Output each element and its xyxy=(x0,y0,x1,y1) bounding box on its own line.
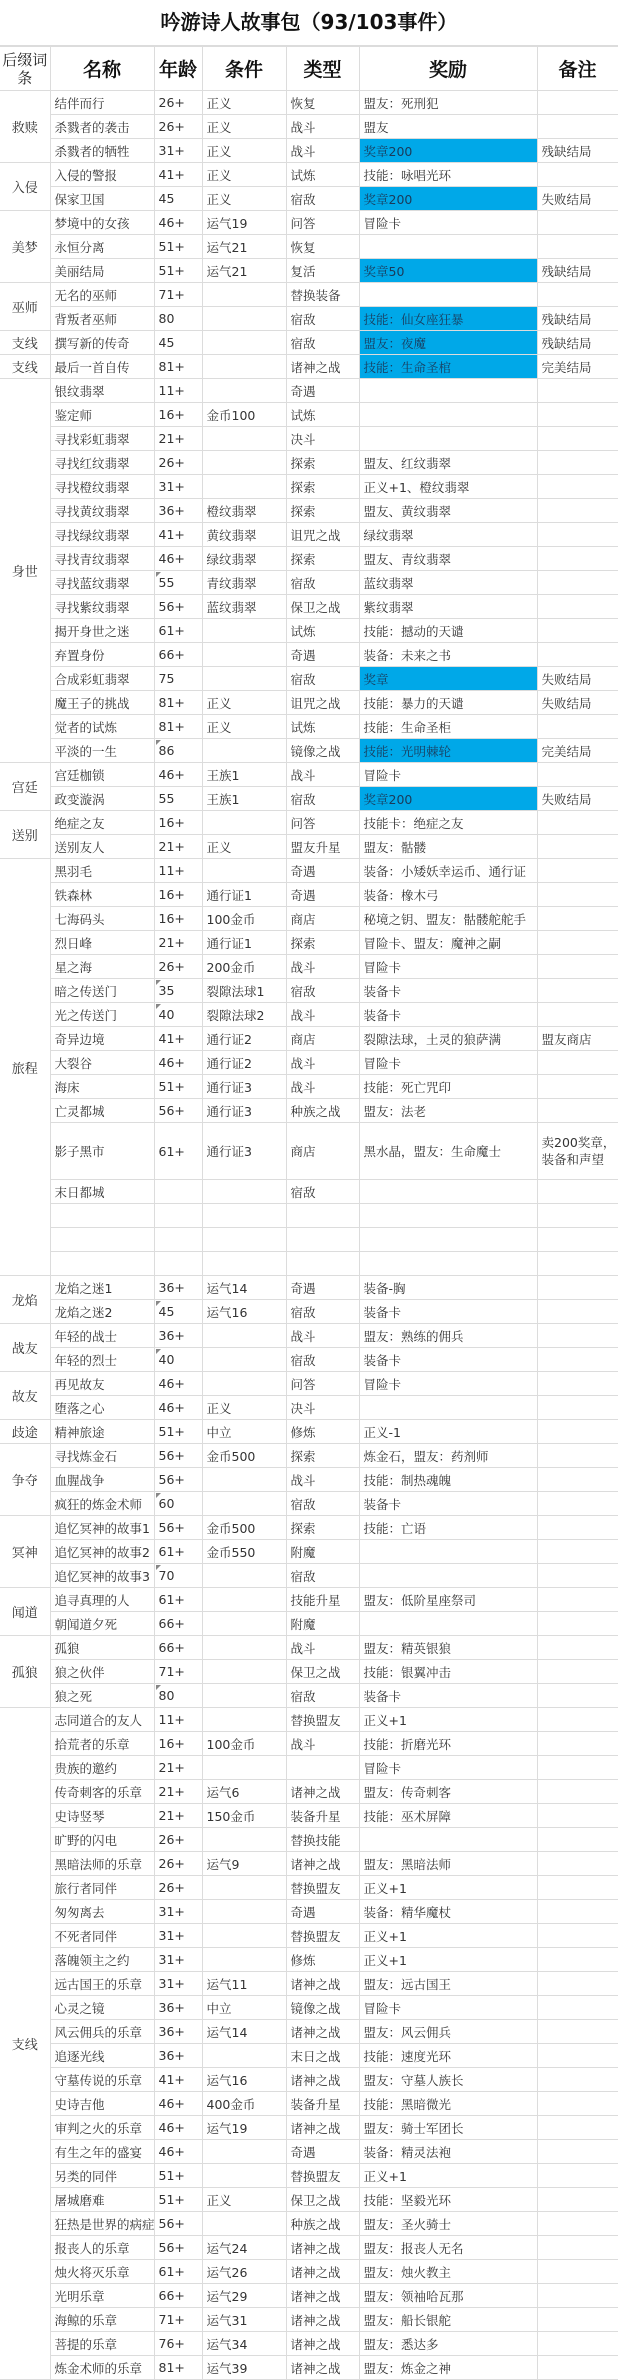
event-type-text: 恢复 xyxy=(291,240,316,255)
event-condition-text: 通行证2 xyxy=(207,1032,252,1047)
event-reward xyxy=(359,403,537,427)
event-reward-text: 技能：坚毅光环 xyxy=(364,2193,452,2208)
event-reward: 装备-胸 xyxy=(359,1276,537,1300)
event-name: 弃置身份 xyxy=(50,643,154,667)
event-age-text: 31+ xyxy=(159,479,185,494)
event-condition-text: 橙纹翡翠 xyxy=(207,504,257,519)
event-note xyxy=(537,2068,618,2092)
event-reward-text: 盟友：传奇刺客 xyxy=(364,1785,452,1800)
event-age: 66+ xyxy=(154,2284,202,2308)
group-label: 歧途 xyxy=(0,1420,50,1444)
event-name: 寻找橙纹翡翠 xyxy=(50,475,154,499)
group-label: 孤狼 xyxy=(0,1636,50,1708)
event-condition-text: 通行证3 xyxy=(207,1144,252,1159)
event-name: 星之海 xyxy=(50,955,154,979)
event-age-text: 31+ xyxy=(159,1976,185,1991)
event-type xyxy=(286,1756,359,1780)
event-name: 亡灵都城 xyxy=(50,1099,154,1123)
event-name: 铁森林 xyxy=(50,883,154,907)
event-age-text: 46+ xyxy=(159,551,185,566)
event-name-text: 光之传送门 xyxy=(55,1008,118,1023)
event-type-text: 诅咒之战 xyxy=(291,696,341,711)
event-reward-text: 装备卡 xyxy=(364,1305,402,1320)
event-age: 71+ xyxy=(154,2308,202,2332)
comment-marker-icon[interactable] xyxy=(156,740,161,745)
event-type: 战斗 xyxy=(286,1003,359,1027)
event-age: 56+ xyxy=(154,2236,202,2260)
comment-marker-icon[interactable] xyxy=(156,1565,161,1570)
comment-marker-icon[interactable] xyxy=(156,1004,161,1009)
event-name-text: 美丽结局 xyxy=(55,264,105,279)
event-type: 探索 xyxy=(286,451,359,475)
event-reward: 盟友：法老 xyxy=(359,1099,537,1123)
event-condition: 400金币 xyxy=(202,2092,286,2116)
event-type: 宿敌 xyxy=(286,1180,359,1204)
event-age-text: 86 xyxy=(159,743,175,758)
event-age-text: 21+ xyxy=(159,839,185,854)
event-name-text: 政变漩涡 xyxy=(55,792,105,807)
table-row: 送别绝症之友16+问答技能卡：绝症之友 xyxy=(0,811,618,835)
event-reward: 冒险卡 xyxy=(359,1372,537,1396)
event-note xyxy=(537,883,618,907)
event-type: 附魔 xyxy=(286,1540,359,1564)
event-type-text: 商店 xyxy=(291,1144,316,1159)
event-reward: 盟友：骷髅 xyxy=(359,835,537,859)
table-row: 风云佣兵的乐章36+运气14诸神之战盟友：风云佣兵 xyxy=(0,2020,618,2044)
table-row: 孤狼孤狼66+战斗盟友：精英银狼 xyxy=(0,1636,618,1660)
event-reward: 秘境之钥、盟友：骷髅舵舵手 xyxy=(359,907,537,931)
event-age: 21+ xyxy=(154,427,202,451)
event-note xyxy=(537,1996,618,2020)
table-row: 旷野的闪电26+替换技能 xyxy=(0,1828,618,1852)
event-name: 送别友人 xyxy=(50,835,154,859)
event-note xyxy=(537,283,618,307)
event-reward-text: 盟友：熟练的佣兵 xyxy=(364,1329,464,1344)
table-row: 追忆冥神的故事370宿敌 xyxy=(0,1564,618,1588)
event-age: 36+ xyxy=(154,2044,202,2068)
event-type-text: 宿敌 xyxy=(291,312,316,327)
event-name-text: 不死者同伴 xyxy=(55,1929,118,1944)
event-reward: 装备卡 xyxy=(359,1348,537,1372)
event-condition: 中立 xyxy=(202,1996,286,2020)
event-name: 另类的同伴 xyxy=(50,2164,154,2188)
event-reward: 技能：坚毅光环 xyxy=(359,2188,537,2212)
event-age-text: 16+ xyxy=(159,407,185,422)
event-condition: 正义 xyxy=(202,715,286,739)
event-type: 装备升星 xyxy=(286,1804,359,1828)
event-age: 61+ xyxy=(154,2260,202,2284)
table-row: 送别友人21+正义盟友升星盟友：骷髅 xyxy=(0,835,618,859)
event-note xyxy=(537,2044,618,2068)
event-name-text: 拾荒者的乐章 xyxy=(55,1737,130,1752)
table-row: 美梦梦境中的女孩46+运气19问答冒险卡 xyxy=(0,211,618,235)
event-type-text: 保卫之战 xyxy=(291,600,341,615)
event-condition xyxy=(202,1828,286,1852)
table-row: 杀戮者的袭击26+正义战斗盟友 xyxy=(0,115,618,139)
event-note xyxy=(537,931,618,955)
event-age-text: 26+ xyxy=(159,455,185,470)
event-type: 修炼 xyxy=(286,1420,359,1444)
event-age: 81+ xyxy=(154,355,202,379)
event-type-text: 宿敌 xyxy=(291,1353,316,1368)
event-age-text: 61+ xyxy=(159,1544,185,1559)
table-row: 冥神追忆冥神的故事156+金币500探索技能：亡语 xyxy=(0,1516,618,1540)
table-row: 贵族的邀约21+冒险卡 xyxy=(0,1756,618,1780)
event-reward: 冒险卡 xyxy=(359,211,537,235)
event-type: 商店 xyxy=(286,1027,359,1051)
event-name-text: 平淡的一生 xyxy=(55,744,118,759)
table-row: 史诗吉他46+400金币装备升星技能：黑暗微光 xyxy=(0,2092,618,2116)
event-age-text: 36+ xyxy=(159,2000,185,2015)
event-name-text: 远古国王的乐章 xyxy=(55,1977,143,1992)
event-note-text: 失败结局 xyxy=(542,192,592,207)
event-condition-text: 正义 xyxy=(207,1401,232,1416)
event-name-text: 另类的同伴 xyxy=(55,2169,118,2184)
event-type-text: 探索 xyxy=(291,456,316,471)
event-condition-text: 金币500 xyxy=(207,1521,256,1536)
event-condition: 运气19 xyxy=(202,2116,286,2140)
comment-marker-icon[interactable] xyxy=(156,980,161,985)
event-type-text: 镜像之战 xyxy=(291,744,341,759)
event-name: 保家卫国 xyxy=(50,187,154,211)
event-name: 黑羽毛 xyxy=(50,859,154,883)
event-name-text: 最后一首自传 xyxy=(55,360,130,375)
event-condition: 通行证3 xyxy=(202,1099,286,1123)
group-label: 龙焰 xyxy=(0,1276,50,1324)
event-age-text: 45 xyxy=(159,1304,175,1319)
comment-marker-icon[interactable] xyxy=(156,1493,161,1498)
event-age-text: 26+ xyxy=(159,1880,185,1895)
event-note xyxy=(537,211,618,235)
event-age: 51+ xyxy=(154,235,202,259)
event-name: 狼之伙伴 xyxy=(50,1660,154,1684)
event-condition: 金币100 xyxy=(202,403,286,427)
event-note xyxy=(537,1780,618,1804)
event-type-text: 探索 xyxy=(291,552,316,567)
event-reward-text: 奖章200 xyxy=(364,192,413,207)
event-age-text: 46+ xyxy=(159,2096,185,2111)
event-note-text: 残缺结局 xyxy=(542,144,592,159)
group-label: 宫廷 xyxy=(0,763,50,811)
event-type-text: 商店 xyxy=(291,912,316,927)
event-age-text: 36+ xyxy=(159,2048,185,2063)
table-row: 影子黑市61+通行证3商店黑水晶，盟友：生命魔士卖200奖章，装备和声望 xyxy=(0,1123,618,1180)
event-age-text: 56+ xyxy=(159,1103,185,1118)
event-type: 诸神之战 xyxy=(286,1972,359,1996)
event-reward-text: 奖章50 xyxy=(364,264,405,279)
event-age: 51+ xyxy=(154,1075,202,1099)
event-age: 41+ xyxy=(154,1027,202,1051)
event-age xyxy=(154,1228,202,1252)
event-type: 奇遇 xyxy=(286,2140,359,2164)
event-age: 46+ xyxy=(154,1396,202,1420)
event-reward-text: 冒险卡 xyxy=(364,1377,402,1392)
event-type: 奇遇 xyxy=(286,1276,359,1300)
event-age: 40 xyxy=(154,1348,202,1372)
event-type-text: 奇遇 xyxy=(291,864,316,879)
event-type: 诸神之战 xyxy=(286,2308,359,2332)
event-reward: 技能：死亡咒印 xyxy=(359,1075,537,1099)
event-reward-text: 盟友：精英银狼 xyxy=(364,1641,452,1656)
event-name-text: 传奇刺客的乐章 xyxy=(55,1785,143,1800)
event-name-text: 海床 xyxy=(55,1080,80,1095)
event-name: 审判之火的乐章 xyxy=(50,2116,154,2140)
event-type-text: 保卫之战 xyxy=(291,2193,341,2208)
event-note xyxy=(537,955,618,979)
event-age-text: 41+ xyxy=(159,1031,185,1046)
event-condition: 正义 xyxy=(202,163,286,187)
event-reward-text: 正义+1、橙纹翡翠 xyxy=(364,480,470,495)
event-name-text: 炼金术师的乐章 xyxy=(55,2361,143,2376)
table-row: 龙焰之迷245运气16宿敌装备卡 xyxy=(0,1300,618,1324)
event-condition xyxy=(202,427,286,451)
event-name-text: 背叛者巫师 xyxy=(55,312,118,327)
event-reward: 正义+1 xyxy=(359,1708,537,1732)
comment-marker-icon[interactable] xyxy=(156,1349,161,1354)
event-reward: 盟友：死刑犯 xyxy=(359,91,537,115)
event-type-text: 盟友升星 xyxy=(291,840,341,855)
event-type-text: 宿敌 xyxy=(291,792,316,807)
event-note xyxy=(537,1948,618,1972)
table-row: 审判之火的乐章46+运气19诸神之战盟友：骑士军团长 xyxy=(0,2116,618,2140)
event-type: 战斗 xyxy=(286,1324,359,1348)
event-note xyxy=(537,1612,618,1636)
event-reward-text: 正义+1 xyxy=(364,1953,407,1968)
event-note xyxy=(537,1540,618,1564)
event-name-text: 追忆冥神的故事3 xyxy=(55,1569,150,1584)
event-age-text: 36+ xyxy=(159,1328,185,1343)
event-age: 80 xyxy=(154,1684,202,1708)
event-note xyxy=(537,2140,618,2164)
event-name-text: 光明乐章 xyxy=(55,2289,105,2304)
comment-marker-icon[interactable] xyxy=(156,1301,161,1306)
event-condition-text: 运气29 xyxy=(207,2289,248,2304)
event-type-text: 宿敌 xyxy=(291,1305,316,1320)
event-note xyxy=(537,1564,618,1588)
event-type: 修炼 xyxy=(286,1948,359,1972)
event-type: 诸神之战 xyxy=(286,2116,359,2140)
event-condition-text: 金币500 xyxy=(207,1449,256,1464)
event-type-text: 诸神之战 xyxy=(291,2265,341,2280)
event-age: 61+ xyxy=(154,619,202,643)
table-row: 光之传送门40裂隙法球2战斗装备卡 xyxy=(0,1003,618,1027)
table-row: 堕落之心46+正义决斗 xyxy=(0,1396,618,1420)
event-note-text: 完美结局 xyxy=(542,744,592,759)
event-age: 21+ xyxy=(154,1804,202,1828)
event-type: 商店 xyxy=(286,907,359,931)
event-age-text: 60 xyxy=(159,1496,175,1511)
event-type: 宿敌 xyxy=(286,571,359,595)
event-type xyxy=(286,1204,359,1228)
group-label: 战友 xyxy=(0,1324,50,1372)
table-row: 寻找彩虹翡翠21+决斗 xyxy=(0,427,618,451)
event-note xyxy=(537,1684,618,1708)
event-reward-text: 盟友：夜魔 xyxy=(364,336,427,351)
table-row: 保家卫国45正义宿敌奖章200失败结局 xyxy=(0,187,618,211)
event-reward-text: 紫纹翡翠 xyxy=(364,600,414,615)
event-type-text: 宿敌 xyxy=(291,984,316,999)
event-name: 烈日峰 xyxy=(50,931,154,955)
event-name: 年轻的战士 xyxy=(50,1324,154,1348)
event-reward-text: 冒险卡 xyxy=(364,768,402,783)
event-name: 心灵之镜 xyxy=(50,1996,154,2020)
event-condition xyxy=(202,1492,286,1516)
event-condition: 通行证1 xyxy=(202,931,286,955)
event-reward: 盟友、黄纹翡翠 xyxy=(359,499,537,523)
event-age: 26+ xyxy=(154,115,202,139)
event-name-text: 寻找青纹翡翠 xyxy=(55,552,130,567)
header-type: 类型 xyxy=(286,47,359,91)
event-note xyxy=(537,451,618,475)
event-note-text: 完美结局 xyxy=(542,360,592,375)
event-condition-text: 金币550 xyxy=(207,1545,256,1560)
event-condition-text: 运气6 xyxy=(207,1785,240,1800)
event-type-text: 诸神之战 xyxy=(291,1857,341,1872)
event-name: 年轻的烈士 xyxy=(50,1348,154,1372)
table-row: 战友年轻的战士36+战斗盟友：熟练的佣兵 xyxy=(0,1324,618,1348)
table-row: 寻找蓝纹翡翠55青纹翡翠宿敌蓝纹翡翠 xyxy=(0,571,618,595)
page-title: 吟游诗人故事包（93/103事件） xyxy=(0,0,618,46)
event-condition: 通行证2 xyxy=(202,1051,286,1075)
event-age-text: 46+ xyxy=(159,1055,185,1070)
event-note xyxy=(537,499,618,523)
event-note xyxy=(537,2212,618,2236)
event-condition: 运气14 xyxy=(202,2020,286,2044)
event-note-text: 残缺结局 xyxy=(542,264,592,279)
event-condition xyxy=(202,1924,286,1948)
event-name-text: 孤狼 xyxy=(55,1641,80,1656)
event-reward: 盟友、红纹翡翠 xyxy=(359,451,537,475)
event-reward xyxy=(359,1180,537,1204)
event-age-text: 36+ xyxy=(159,1280,185,1295)
event-condition-text: 运气26 xyxy=(207,2265,248,2280)
event-condition: 金币550 xyxy=(202,1540,286,1564)
table-row: 星之海26+200金币战斗冒险卡 xyxy=(0,955,618,979)
event-type: 诸神之战 xyxy=(286,1852,359,1876)
event-condition-text: 通行证1 xyxy=(207,888,252,903)
event-condition-text: 运气16 xyxy=(207,1305,248,1320)
event-reward: 绿纹翡翠 xyxy=(359,523,537,547)
event-type: 镜像之战 xyxy=(286,739,359,763)
event-type-text: 试炼 xyxy=(291,168,316,183)
event-type-text: 诸神之战 xyxy=(291,2361,341,2376)
event-reward xyxy=(359,379,537,403)
event-condition xyxy=(202,1708,286,1732)
event-type: 保卫之战 xyxy=(286,1660,359,1684)
event-reward: 技能：银翼冲击 xyxy=(359,1660,537,1684)
event-type: 诸神之战 xyxy=(286,2020,359,2044)
event-note: 残缺结局 xyxy=(537,259,618,283)
event-age: 46+ xyxy=(154,2092,202,2116)
event-type: 种族之战 xyxy=(286,1099,359,1123)
event-name-text: 奇异边境 xyxy=(55,1032,105,1047)
event-age-text: 51+ xyxy=(159,263,185,278)
event-reward: 奖章 xyxy=(359,667,537,691)
table-row: 旅程黑羽毛11+奇遇装备：小矮妖幸运币、通行证 xyxy=(0,859,618,883)
event-name xyxy=(50,1252,154,1276)
event-note-text: 卖200奖章，装备和声望 xyxy=(542,1135,616,1167)
event-reward: 装备卡 xyxy=(359,1003,537,1027)
event-age: 26+ xyxy=(154,955,202,979)
event-note xyxy=(537,1756,618,1780)
event-name: 绝症之友 xyxy=(50,811,154,835)
table-row: 永恒分离51+运气21恢复 xyxy=(0,235,618,259)
comment-marker-icon[interactable] xyxy=(156,1685,161,1690)
event-name-text: 旷野的闪电 xyxy=(55,1833,118,1848)
event-name: 不死者同伴 xyxy=(50,1924,154,1948)
table-row: 黑暗法师的乐章26+运气9诸神之战盟友：黑暗法师 xyxy=(0,1852,618,1876)
event-age: 66+ xyxy=(154,643,202,667)
event-reward: 正义+1 xyxy=(359,2164,537,2188)
event-reward: 紫纹翡翠 xyxy=(359,595,537,619)
event-age-text: 51+ xyxy=(159,2192,185,2207)
event-age: 16+ xyxy=(154,403,202,427)
event-reward-text: 盟友：风云佣兵 xyxy=(364,2025,452,2040)
event-name-text: 狼之伙伴 xyxy=(55,1665,105,1680)
event-type: 恢复 xyxy=(286,235,359,259)
event-reward: 盟友：风云佣兵 xyxy=(359,2020,537,2044)
event-age-text: 66+ xyxy=(159,2288,185,2303)
event-age-text: 66+ xyxy=(159,1640,185,1655)
event-reward: 技能：仙女座狂暴 xyxy=(359,307,537,331)
event-note xyxy=(537,1516,618,1540)
event-type: 诸神之战 xyxy=(286,2260,359,2284)
event-condition xyxy=(202,1900,286,1924)
event-name-text: 风云佣兵的乐章 xyxy=(55,2025,143,2040)
event-type: 奇遇 xyxy=(286,1900,359,1924)
event-note xyxy=(537,1492,618,1516)
event-age: 45 xyxy=(154,187,202,211)
event-condition: 橙纹翡翠 xyxy=(202,499,286,523)
event-name-text: 龙焰之迷2 xyxy=(55,1305,113,1320)
event-note: 残缺结局 xyxy=(537,307,618,331)
event-reward: 盟友：炼金之神 xyxy=(359,2356,537,2380)
event-condition: 运气39 xyxy=(202,2356,286,2380)
event-age: 46+ xyxy=(154,763,202,787)
event-reward-text: 装备卡 xyxy=(364,1008,402,1023)
event-age: 16+ xyxy=(154,811,202,835)
event-note: 残缺结局 xyxy=(537,139,618,163)
group-label: 支线 xyxy=(0,331,50,355)
event-note xyxy=(537,2284,618,2308)
event-condition xyxy=(202,1756,286,1780)
event-name: 传奇刺客的乐章 xyxy=(50,1780,154,1804)
event-note xyxy=(537,1003,618,1027)
event-condition: 通行证2 xyxy=(202,1027,286,1051)
event-name: 入侵的警报 xyxy=(50,163,154,187)
event-reward: 装备：精华魔杖 xyxy=(359,1900,537,1924)
event-condition xyxy=(202,1180,286,1204)
event-type-text: 宿敌 xyxy=(291,1689,316,1704)
event-reward xyxy=(359,1228,537,1252)
comment-marker-icon[interactable] xyxy=(156,572,161,577)
event-note xyxy=(537,1252,618,1276)
table-row: 巫师无名的巫师71+替换装备 xyxy=(0,283,618,307)
event-name-text: 志同道合的友人 xyxy=(55,1713,143,1728)
event-age: 21+ xyxy=(154,931,202,955)
event-condition xyxy=(202,1348,286,1372)
event-reward: 技能：巫术屏障 xyxy=(359,1804,537,1828)
table-row: 揭开身世之迷61+试炼技能：撼动的天谴 xyxy=(0,619,618,643)
event-reward: 装备：小矮妖幸运币、通行证 xyxy=(359,859,537,883)
event-type-text: 宿敌 xyxy=(291,1569,316,1584)
event-note xyxy=(537,2308,618,2332)
event-age-text: 56+ xyxy=(159,599,185,614)
event-age: 26+ xyxy=(154,451,202,475)
event-reward-text: 盟友：领袖哈瓦那 xyxy=(364,2289,464,2304)
event-age: 56+ xyxy=(154,1444,202,1468)
event-reward: 技能：折磨光环 xyxy=(359,1732,537,1756)
